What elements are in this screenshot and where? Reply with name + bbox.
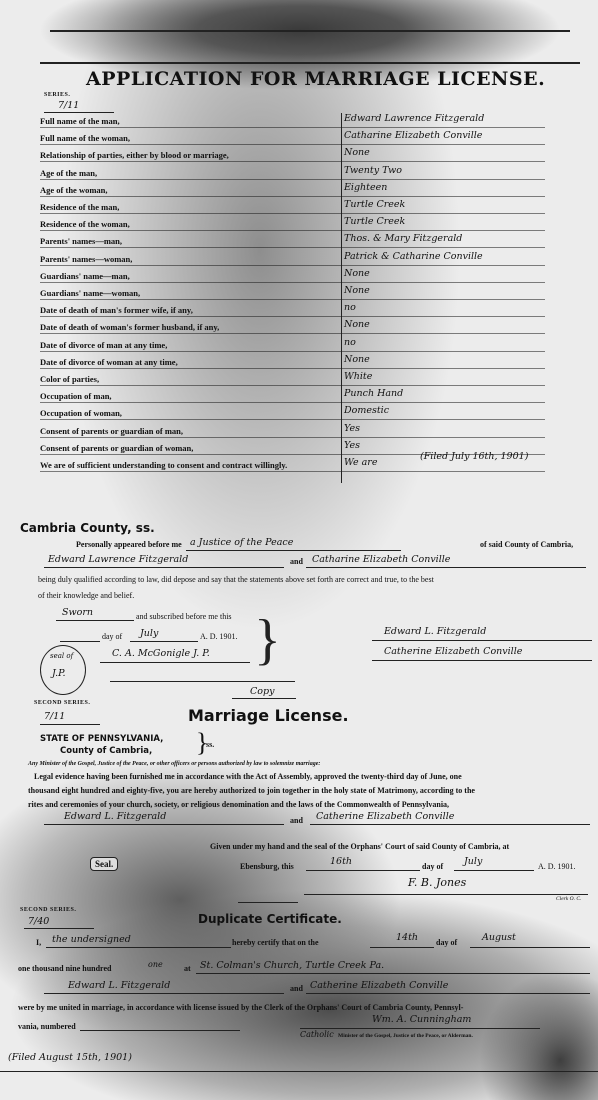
cert-numbered-line [80,1030,240,1031]
row-rule [40,179,545,180]
affidavit-year: A. D. 1901. [200,632,238,641]
filed-note-application: (Filed July 16th, 1901) [420,451,528,462]
affiant-man: Edward Lawrence Fitzgerald [48,554,188,565]
cert-officiant-line [46,947,231,948]
license-county: County of Cambria, [60,746,152,756]
officer-line [186,550,401,551]
filed-note-certificate: (Filed August 15th, 1901) [8,1052,132,1063]
affiant-woman-line [306,567,586,568]
appeared-suffix: of said County of Cambria, [480,540,573,549]
row-rule [40,247,545,248]
appeared-prefix: Personally appeared before me [76,540,182,549]
officer-signature: C. A. McGonigle J. P. [112,648,210,659]
license-day-of: day of [422,862,443,871]
top-rule [50,30,570,32]
cert-year-prefix: one thousand nine hundred [18,964,111,973]
series-underline [44,112,114,113]
license-and: and [290,816,303,825]
cert-officiant: the undersigned [52,934,131,945]
row-rule [40,316,545,317]
license-day-line [306,870,420,871]
cert-series-line [24,928,94,929]
row-rule [40,213,545,214]
row-value: We are [344,457,377,468]
day-of-text: day of [102,632,122,641]
license-state: STATE OF PENNSYLVANIA, [40,734,163,744]
license-ebensburg: Ebensburg, this [240,862,294,871]
cert-month: August [482,932,516,943]
row-label: Residence of the woman, [40,219,130,229]
row-value: None [344,147,370,158]
row-label: Relationship of parties, either by blood… [40,150,229,160]
affiant-man-line [44,567,284,568]
cert-place: St. Colman's Church, Turtle Creek Pa. [200,960,384,971]
statement-1: being duly qualified according to law, d… [38,575,434,584]
row-label: Parents' names—man, [40,236,122,246]
minister-role: Catholic [300,1030,334,1039]
license-man-line [44,824,284,825]
row-label: Age of the woman, [40,185,108,195]
row-label: Date of death of man's former wife, if a… [40,305,193,315]
form-divider [341,113,342,483]
minister-title: Minister of the Gospel, Justice of the P… [338,1033,473,1039]
license-day: 16th [330,856,352,867]
affiant-woman: Catharine Elizabeth Conville [312,554,450,565]
signature-woman: Catherine Elizabeth Conville [384,646,522,657]
cert-man-name: Edward L. Fitzgerald [68,980,170,991]
row-value: no [344,302,356,313]
cert-day-line [370,947,434,948]
row-label: Consent of parents or guardian of woman, [40,443,193,453]
seal-text-2: J.P. [52,668,66,679]
row-value: no [344,337,356,348]
row-value: Patrick & Catharine Conville [344,251,483,262]
appeared-officer: a Justice of the Peace [190,537,293,548]
cert-at: at [184,964,191,973]
license-series-number: 7/11 [44,711,65,722]
cert-place-line [196,973,590,974]
sworn-text: Sworn [62,607,93,618]
row-label: We are of sufficient understanding to co… [40,460,287,470]
license-given: Given under my hand and the seal of the … [210,842,509,851]
cert-certify: hereby certify that on the [232,938,319,947]
clerk-line [304,894,588,895]
statement-2: of their knowledge and belief. [38,591,134,600]
row-value: None [344,354,370,365]
court-seal: Seal. [90,857,118,871]
row-label: Occupation of man, [40,391,112,401]
top-rule-2 [40,62,580,64]
row-value: Punch Hand [344,388,403,399]
row-label: Guardians' name—woman, [40,288,140,298]
row-value: Catharine Elizabeth Conville [344,130,482,141]
minister-signature: Wm. A. Cunningham [372,1014,471,1025]
row-label: Age of the man, [40,168,97,178]
row-value: Yes [344,440,360,451]
license-address: Any Minister of the Gospel, Justice of t… [28,761,320,767]
row-rule [40,351,545,352]
license-month: July [464,856,482,867]
section-divider [238,902,298,903]
row-value: Twenty Two [344,165,402,176]
cert-series-label: SECOND SERIES. [20,907,76,913]
license-body-3: rites and ceremonies of your church, soc… [28,800,449,809]
row-rule [40,437,545,438]
row-label: Date of divorce of woman at any time, [40,357,178,367]
affidavit-month: July [140,628,158,639]
row-label: Full name of the man, [40,116,120,126]
row-value: Turtle Creek [344,199,405,210]
cert-series-number: 7/40 [28,916,49,927]
cert-and: and [290,984,303,993]
row-rule [40,196,545,197]
cert-day: 14th [396,932,418,943]
month-line [130,641,198,642]
license-month-line [454,870,534,871]
row-label: Consent of parents or guardian of man, [40,426,183,436]
county-heading: Cambria County, ss. [20,521,155,535]
row-label: Parents' names—woman, [40,254,132,264]
row-value: None [344,285,370,296]
cert-month-line [470,947,590,948]
row-label: Guardians' name—man, [40,271,130,281]
sworn-line [56,620,134,621]
cert-woman-name: Catherine Elizabeth Conville [310,980,448,991]
license-body-1: Legal evidence having been furnished me … [34,772,462,781]
row-value: Domestic [344,405,389,416]
cert-united-1: were by me united in marriage, in accord… [18,1003,463,1012]
bracket: } [254,612,281,668]
cert-i: I, [36,938,41,947]
officer-sig-line [100,662,250,663]
license-series-label: SECOND SERIES. [34,700,90,706]
row-label: Date of death of woman's former husband,… [40,322,219,332]
clerk-signature: F. B. Jones [408,876,466,889]
cert-woman-line [306,993,590,994]
row-value: White [344,371,372,382]
marriage-license-document: APPLICATION FOR MARRIAGE LICENSE. SERIES… [0,0,598,1100]
cert-man-line [44,993,284,994]
row-rule [40,299,545,300]
row-rule [40,265,545,266]
series-label: SERIES. [44,92,70,98]
row-value: None [344,268,370,279]
row-rule [40,402,545,403]
cert-day-of: day of [436,938,457,947]
row-rule [40,144,545,145]
signature-man: Edward L. Fitzgerald [384,626,486,637]
bottom-rule [0,1071,598,1072]
series-number: 7/11 [58,100,79,111]
row-value: Thos. & Mary Fitzgerald [344,233,462,244]
row-label: Color of parties, [40,374,99,384]
seal-text-1: seal of [50,652,73,660]
row-value: None [344,319,370,330]
row-label: Occupation of woman, [40,408,122,418]
cert-year: one [148,960,163,969]
row-label: Residence of the man, [40,202,119,212]
license-man-name: Edward L. Fitzgerald [64,811,166,822]
row-rule [40,282,545,283]
row-value: Yes [344,423,360,434]
row-rule [40,385,545,386]
row-value: Turtle Creek [344,216,405,227]
sig-man-line [372,640,592,641]
license-year: A. D. 1901. [538,862,576,871]
clerk-title: Clerk O. C. [556,896,581,902]
license-title: Marriage License. [188,706,349,725]
application-title: APPLICATION FOR MARRIAGE LICENSE. [86,68,545,90]
row-rule [40,333,545,334]
minister-line [300,1028,540,1029]
row-rule [40,230,545,231]
row-label: Full name of the woman, [40,133,130,143]
copy-line [232,698,296,699]
license-body-2: thousand eight hundred and eighty-five, … [28,786,475,795]
copy-mark: Copy [250,686,274,697]
row-rule [40,368,545,369]
license-woman-line [310,824,590,825]
row-value: Eighteen [344,182,387,193]
certificate-title: Duplicate Certificate. [198,912,342,926]
divider-line [110,681,295,682]
cert-united-2: vania, numbered [18,1022,76,1031]
row-label: Date of divorce of man at any time, [40,340,167,350]
license-ss: ss. [206,740,214,749]
row-rule [40,127,545,128]
day-line [60,641,100,642]
row-value: Edward Lawrence Fitzgerald [344,113,484,124]
and-text: and [290,557,303,566]
subscribed-text: and subscribed before me this [136,612,232,621]
license-series-line [40,724,100,725]
row-rule [40,419,545,420]
row-rule [40,161,545,162]
license-woman-name: Catherine Elizabeth Conville [316,811,454,822]
row-rule [40,471,545,472]
sig-woman-line [372,660,592,661]
